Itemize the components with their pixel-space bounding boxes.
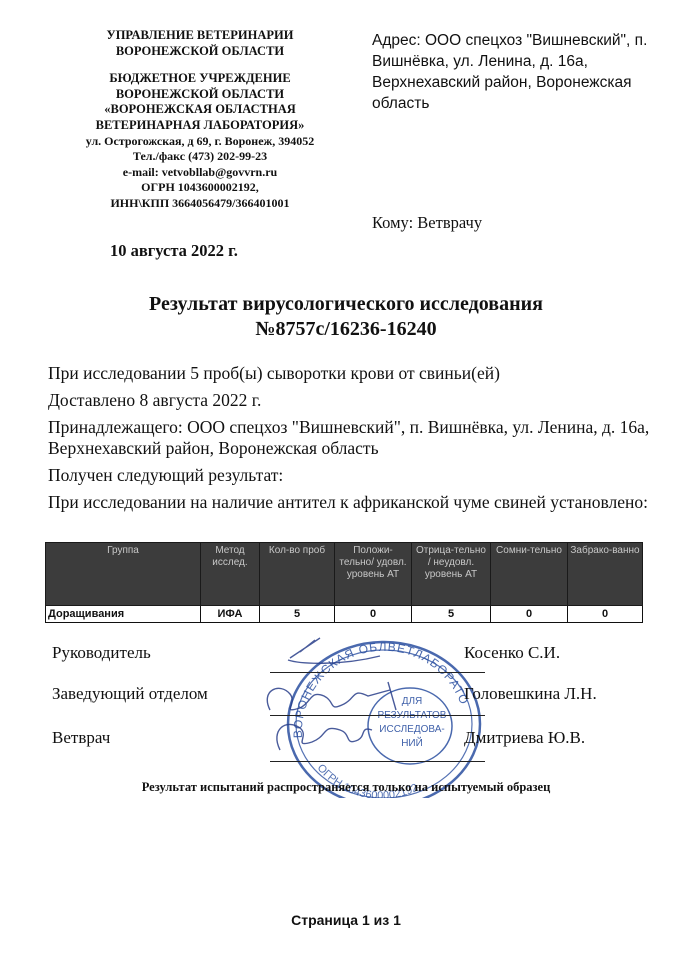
recipient-address: Адрес: ООО спецхоз "Вишневский", п. Вишн… <box>372 30 662 114</box>
document-date: 10 августа 2022 г. <box>110 241 238 261</box>
table-row: Доращивания ИФА 5 0 5 0 0 <box>46 606 643 623</box>
org-line: БЮДЖЕТНОЕ УЧРЕЖДЕНИЕ <box>62 71 338 87</box>
cell-rejected: 0 <box>568 606 643 623</box>
org-line: УПРАВЛЕНИЕ ВЕТЕРИНАРИИ <box>62 28 338 44</box>
signature-name: Дмитриева Ю.В. <box>464 728 585 748</box>
org-line: ВЕТЕРИНАРНАЯ ЛАБОРАТОРИЯ» <box>62 118 338 134</box>
org-phone: Тел./факс (473) 202-99-23 <box>62 149 338 165</box>
column-header: Группа <box>46 543 201 606</box>
org-line: ВОРОНЕЖСКОЙ ОБЛАСТИ <box>62 87 338 103</box>
signature-name: Косенко С.И. <box>464 643 560 663</box>
page-number: Страница 1 из 1 <box>0 912 692 928</box>
org-line: «ВОРОНЕЖСКАЯ ОБЛАСТНАЯ <box>62 102 338 118</box>
column-header: Положи-тельно/ удовл. уровень АТ <box>335 543 412 606</box>
column-header: Забрако-ванно <box>568 543 643 606</box>
cell-doubtful: 0 <box>491 606 568 623</box>
org-address: ул. Острогожская, д 69, г. Воронеж, 3940… <box>62 134 338 150</box>
body-paragraph: При исследовании на наличие антител к аф… <box>48 492 658 513</box>
document-title: Результат вирусологического исследования… <box>0 292 692 342</box>
handwritten-signature-icon <box>240 630 460 760</box>
org-inn: ИНН\КПП 3664056479/366401001 <box>62 196 338 212</box>
column-header: Сомни-тельно <box>491 543 568 606</box>
signature-name: Головешкина Л.Н. <box>464 684 597 704</box>
cell-positive: 0 <box>335 606 412 623</box>
signature-line <box>270 761 485 762</box>
column-header: Кол-во проб <box>260 543 335 606</box>
org-ogrn: ОГРН 1043600002192, <box>62 180 338 196</box>
cell-method: ИФА <box>201 606 260 623</box>
table-header-row: Группа Метод исслед. Кол-во проб Положи-… <box>46 543 643 606</box>
body-paragraph: Принадлежащего: ООО спецхоз "Вишневский"… <box>48 417 658 459</box>
signature-role: Руководитель <box>52 643 151 663</box>
recipient: Кому: Ветврачу <box>372 213 482 233</box>
report-number: №8757с/16236-16240 <box>0 317 692 342</box>
results-table: Группа Метод исслед. Кол-во проб Положи-… <box>45 542 643 623</box>
disclaimer-note: Результат испытаний распространяется тол… <box>0 780 692 795</box>
document-body: При исследовании 5 проб(ы) сыворотки кро… <box>48 363 658 513</box>
cell-sample-count: 5 <box>260 606 335 623</box>
title-line: Результат вирусологического исследования <box>0 292 692 317</box>
organization-header: УПРАВЛЕНИЕ ВЕТЕРИНАРИИ ВОРОНЕЖСКОЙ ОБЛАС… <box>62 28 338 212</box>
org-line: ВОРОНЕЖСКОЙ ОБЛАСТИ <box>62 44 338 60</box>
column-header: Отрица-тельно / неудовл. уровень АТ <box>412 543 491 606</box>
signature-role: Заведующий отделом <box>52 684 208 704</box>
cell-negative: 5 <box>412 606 491 623</box>
column-header: Метод исслед. <box>201 543 260 606</box>
body-paragraph: Доставлено 8 августа 2022 г. <box>48 390 658 411</box>
body-paragraph: Получен следующий результат: <box>48 465 658 486</box>
org-email: e-mail: vetvobllab@govvrn.ru <box>62 165 338 181</box>
body-paragraph: При исследовании 5 проб(ы) сыворотки кро… <box>48 363 658 384</box>
signature-role: Ветврач <box>52 728 110 748</box>
cell-group: Доращивания <box>46 606 201 623</box>
